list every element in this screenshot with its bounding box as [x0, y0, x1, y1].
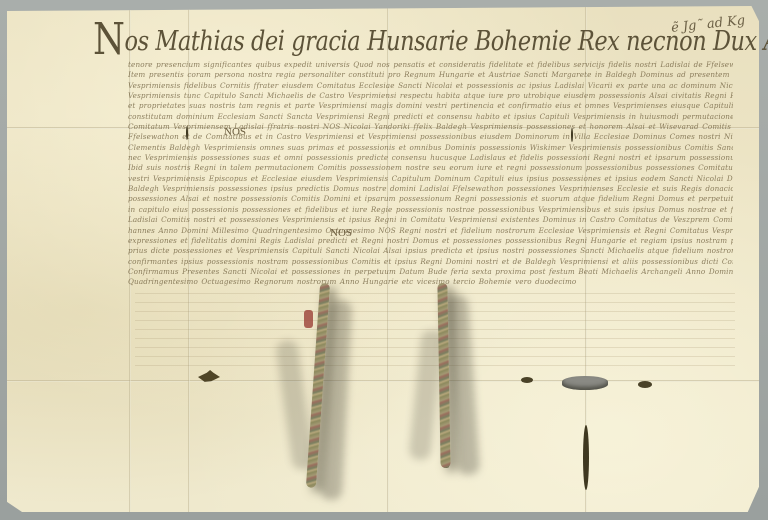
text-line: Vesprimiensis fidelibus Cornitis ffrater… — [128, 81, 733, 91]
fold-slit — [571, 128, 573, 142]
text-line: Baldegh Vesprimiensis possessiones ipsiu… — [128, 184, 733, 194]
text-line: Ladislai Comitis nostri et possessiones … — [128, 215, 733, 225]
text-line: in capitulo eius possessionis possession… — [128, 205, 733, 215]
ruled-line — [135, 302, 735, 303]
text-line: Confirmamus Presentes Sancti Nicolai et … — [128, 267, 733, 277]
text-line: expressiones et fidelitatis domini Regis… — [128, 236, 733, 246]
text-line: Item presentis coram persona nostra regi… — [128, 70, 733, 80]
fold-slit — [186, 126, 188, 140]
text-line: Comitatum Vesprimiensem Ladislai ffratri… — [128, 122, 733, 132]
ruled-line — [135, 293, 735, 294]
text-line: tenore presencium significantes quibus e… — [128, 60, 733, 70]
ruled-line — [135, 311, 735, 312]
charter-body: tenore presencium significantes quibus e… — [128, 60, 733, 288]
nos-mark: NOS — [224, 126, 246, 138]
text-line: Vesprimiensis tunc Capitulo Sancti Micha… — [128, 91, 733, 101]
text-line: Ibid suis nostris Regni in talem permuta… — [128, 163, 733, 173]
text-line: Ffelsewathon et de Comitatibus et in Cas… — [128, 132, 733, 142]
text-line: et proprietates suas nostris tam regnis … — [128, 101, 733, 111]
seal-slit — [583, 425, 589, 490]
parchment-hole — [562, 376, 608, 390]
decorated-initial: N — [93, 14, 125, 65]
text-line: possessiones Alsai et nostre possessioni… — [128, 194, 733, 204]
text-line: Quadringentesimo Octuagesimo Regnorum no… — [128, 277, 733, 287]
text-line: nec Vesprimiensis possessiones suas et o… — [128, 153, 733, 163]
text-line: confirmantes ipsius possessionis nostram… — [128, 257, 733, 267]
text-line: vestri Vesprimiensis Episcopus et Eccles… — [128, 174, 733, 184]
parchment-hole — [521, 377, 533, 383]
charter-heading: Nos Mathias dei gracia Hunsarie Bohemie … — [93, 14, 768, 65]
nos-mark: NOS — [330, 227, 352, 239]
parchment-hole — [638, 381, 652, 388]
text-line: Clementis Baldegh Vesprimiensis omnes su… — [128, 143, 733, 153]
text-line: constitutam dominium Ecclesiam Sancti Sa… — [128, 112, 733, 122]
text-line: hannes Anno Domini Millesimo Quadringent… — [128, 226, 733, 236]
ruled-line — [135, 320, 735, 321]
text-line: prius dicte possessiones et Vesprimiensi… — [128, 246, 733, 256]
wax-remnant — [304, 310, 313, 328]
